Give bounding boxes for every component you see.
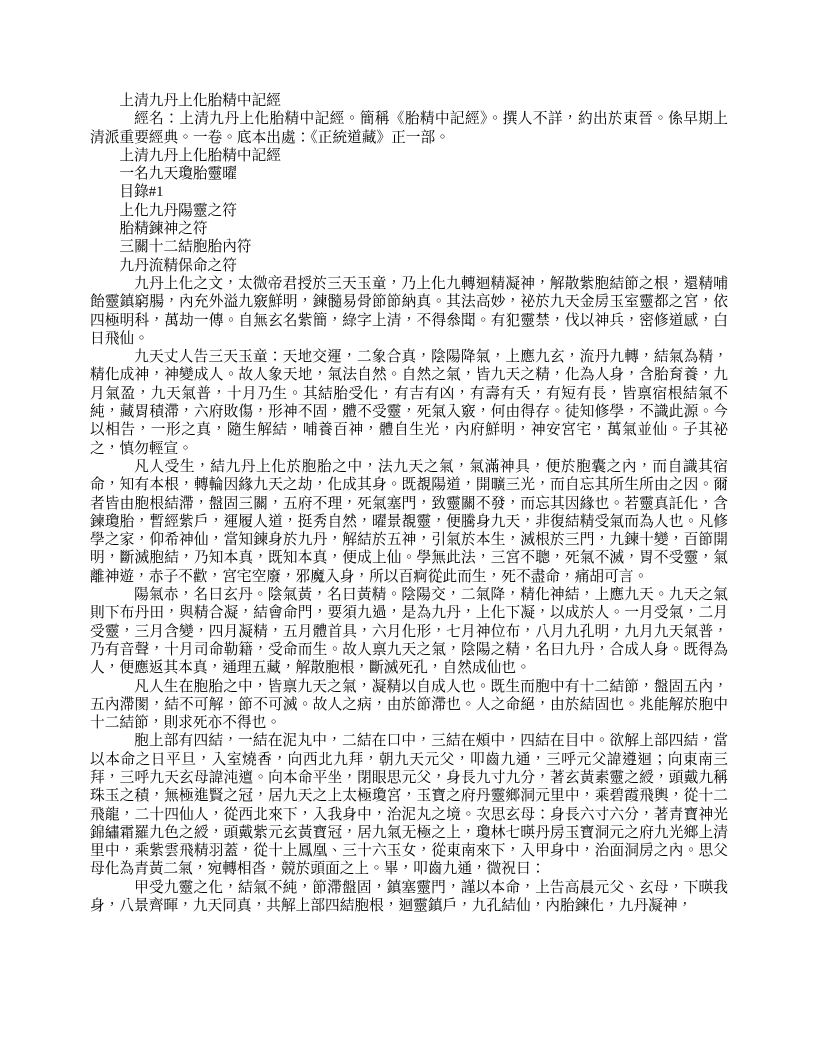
section-heading: 上清九丹上化胎精中記經 [90,147,728,165]
paragraph: 經名：上清九丹上化胎精中記經。簡稱《胎精中記經》。撰人不詳，約出於東晉。係早期上… [90,110,728,147]
section-heading: 胎精鍊神之符 [90,220,728,238]
paragraph: 胞上部有四結，一結在泥丸中，二結在口中，三結在頰中，四結在目中。欲解上部四結，當… [90,732,728,878]
paragraph: 凡人受生，結九丹上化於胞胎之中，法九天之氣，氣滿神具，便於胞囊之內，而自識其宿命… [90,458,728,586]
section-heading: 三關十二結胞胎內符 [90,238,728,256]
paragraph: 甲受九靈之化，結氣不純，節滯盤固，鎮塞靈門，謹以本命，上告高晨元父、玄母，下暎我… [90,879,728,916]
paragraph: 陽氣赤，名曰玄丹。陰氣黃，名曰黃精。陰陽交，二氣降，精化神結，上應九天。九天之氣… [90,586,728,677]
section-heading: 目錄#1 [90,183,728,201]
document-page: 上清九丹上化胎精中記經經名：上清九丹上化胎精中記經。簡稱《胎精中記經》。撰人不詳… [0,0,816,1056]
section-heading: 一名九天瓊胎靈曜 [90,165,728,183]
paragraph: 凡人生在胞胎之中，皆禀九天之氣，凝精以自成人也。既生而胞中有十二結節，盤固五內，… [90,678,728,733]
section-heading: 上化九丹陽靈之符 [90,202,728,220]
section-heading: 九丹流精保命之符 [90,257,728,275]
section-heading: 上清九丹上化胎精中記經 [90,92,728,110]
paragraph: 九丹上化之文，太微帝君授於三天玉童，乃上化九轉迴精凝神，解散紫胞結節之根，還精哺… [90,275,728,348]
paragraph: 九天丈人告三天玉童：天地交運，二象合真，陰陽降氣，上應九玄，流丹九轉，結氣為精，… [90,348,728,458]
document-body: 上清九丹上化胎精中記經經名：上清九丹上化胎精中記經。簡稱《胎精中記經》。撰人不詳… [90,92,728,915]
